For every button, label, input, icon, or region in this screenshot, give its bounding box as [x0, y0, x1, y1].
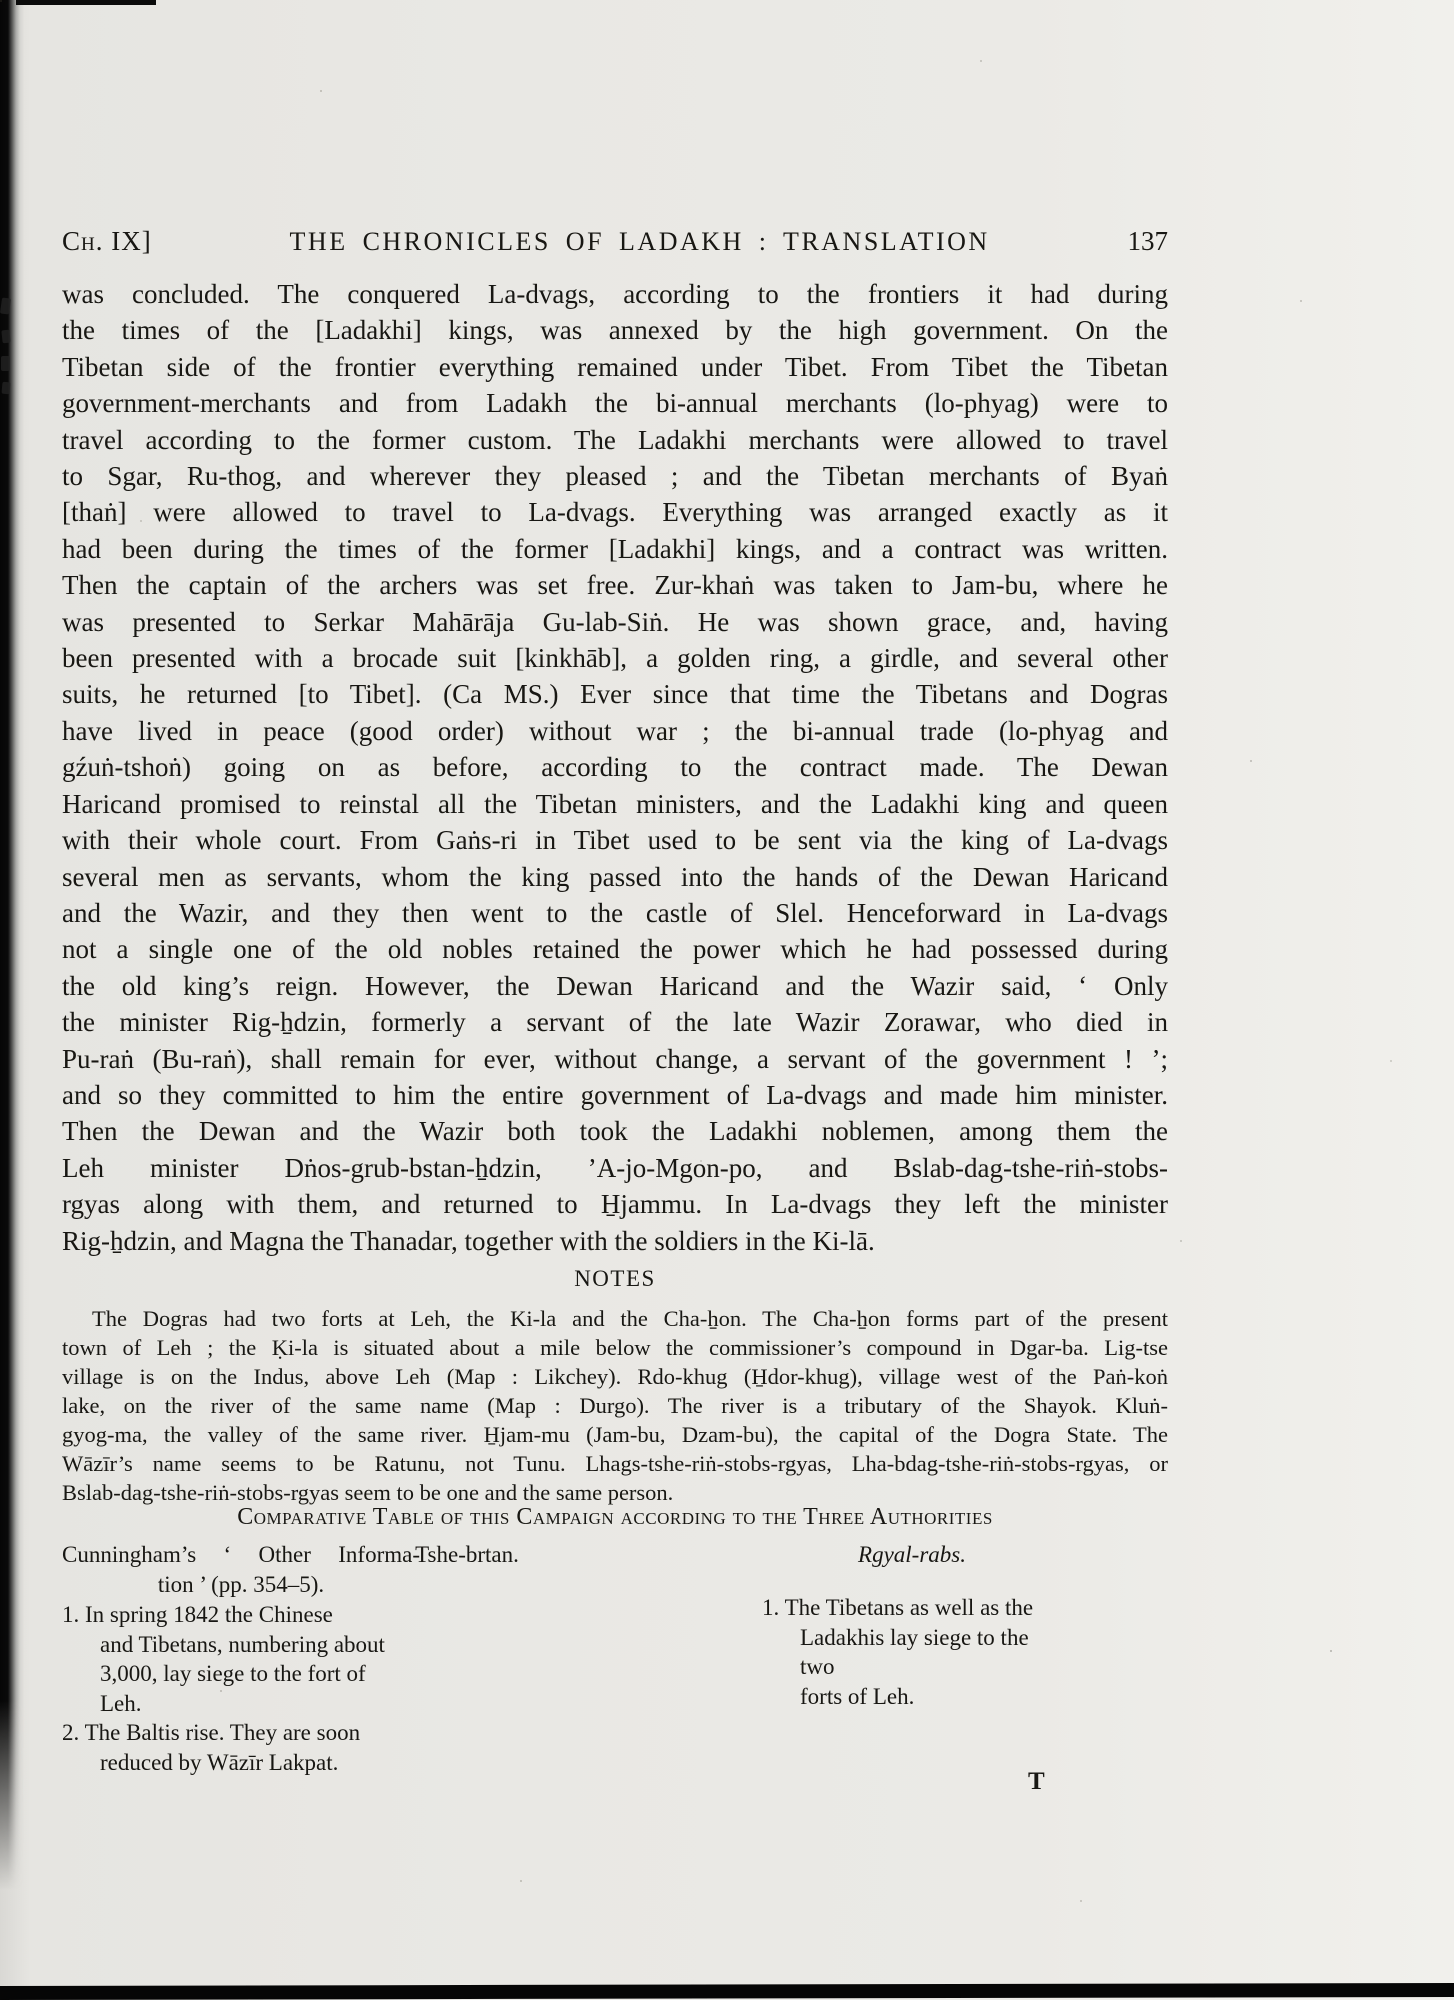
- running-header: Ch. IX] THE CHRONICLES OF LADAKH : TRANS…: [62, 226, 1168, 257]
- notes-heading: NOTES: [62, 1266, 1168, 1292]
- text-line: not a single one of the old nobles retai…: [62, 931, 1168, 967]
- text-line: the old king’s reign. However, the Dewan…: [62, 968, 1168, 1004]
- text-line: was presented to Serkar Mahārāja Gu-lab-…: [62, 604, 1168, 640]
- text-line: to Sgar, Ru-thog, and wherever they plea…: [62, 458, 1168, 494]
- text-line: the times of the [Ladakhi] kings, was an…: [62, 312, 1168, 348]
- list-item: 1. In spring 1842 the Chinese and Tibeta…: [62, 1600, 420, 1718]
- text-line: was concluded. The conquered La-dvags, a…: [62, 276, 1168, 312]
- text-line: had been during the times of the former …: [62, 531, 1168, 567]
- page-bleed-mark: [1, 356, 10, 371]
- text-line: Wāzīr’s name seems to be Ratunu, not Tun…: [62, 1449, 1168, 1478]
- text-line: town of Leh ; the Ḳi-la is situated abou…: [62, 1333, 1168, 1362]
- chapter-label: Ch. IX]: [62, 226, 152, 257]
- column-rgyal-rabs-items: 1. The Tibetans as well as the Ladakhis …: [762, 1593, 1062, 1711]
- list-item: 1. The Tibetans as well as the Ladakhis …: [762, 1593, 1062, 1711]
- text-line: village is on the Indus, above Leh (Map …: [62, 1362, 1168, 1391]
- comparative-table: Cunningham’s ‘ Other Informa-tion ’ (pp.…: [62, 1540, 1168, 1820]
- text-line: Then the captain of the archers was set …: [62, 567, 1168, 603]
- text-line: The Dogras had two forts at Leh, the Ki-…: [62, 1304, 1168, 1333]
- text-line: tion ’ (pp. 354–5).: [62, 1570, 420, 1600]
- notes-paragraph: The Dogras had two forts at Leh, the Ki-…: [62, 1304, 1168, 1507]
- comparative-table-heading: Comparative Table of this Campaign accor…: [62, 1504, 1168, 1531]
- scan-edge-left: [0, 0, 24, 1890]
- column-cunningham-items: 1. In spring 1842 the Chinese and Tibeta…: [62, 1600, 420, 1777]
- text-line: Bslab-dag-tshe-riṅ-stobs-rgyas seem to b…: [62, 1478, 1168, 1507]
- signature-mark: T: [1028, 1768, 1046, 1796]
- text-line: Tibetan side of the frontier everything …: [62, 349, 1168, 385]
- text-line: several men as servants, whom the king p…: [62, 859, 1168, 895]
- text-line: been presented with a brocade suit [kink…: [62, 640, 1168, 676]
- scan-edge-top: [16, 0, 156, 5]
- page-title: THE CHRONICLES OF LADAKH : TRANSLATION: [152, 227, 1128, 257]
- page-bleed-mark: [1, 330, 10, 344]
- page-bleed-mark: [1, 382, 10, 395]
- text-line: with their whole court. From Gaṅs-ri in …: [62, 822, 1168, 858]
- text-line: and so they committed to him the entire …: [62, 1077, 1168, 1113]
- page-number: 137: [1128, 226, 1169, 257]
- text-line: and the Wazir, and they then went to the…: [62, 895, 1168, 931]
- scanned-book-page: Ch. IX] THE CHRONICLES OF LADAKH : TRANS…: [0, 0, 1454, 2000]
- column-tshe-brtan: Tshe-brtan.: [322, 1540, 612, 1570]
- text-line: travel according to the former custom. T…: [62, 422, 1168, 458]
- column-tshe-brtan-header: Tshe-brtan.: [322, 1540, 612, 1570]
- text-line: government-merchants and from Ladakh the…: [62, 385, 1168, 421]
- scan-edge-bottom: [0, 1983, 1454, 2000]
- text-line: Leh minister Dṅos-grub-bstan-ẖdzin, ’A-j…: [62, 1150, 1168, 1186]
- text-line: lake, on the river of the same name (Map…: [62, 1391, 1168, 1420]
- list-item: 2. The Baltis rise. They are soon reduce…: [62, 1718, 420, 1777]
- text-line: gźuṅ-tshoṅ) going on as before, accordin…: [62, 749, 1168, 785]
- column-rgyal-rabs-header: Rgyal-rabs.: [762, 1540, 1062, 1570]
- text-line: Then the Dewan and the Wazir both took t…: [62, 1113, 1168, 1149]
- column-cunningham: Cunningham’s ‘ Other Informa-tion ’ (pp.…: [62, 1540, 420, 1777]
- text-line: suits, he returned [to Tibet]. (Ca MS.) …: [62, 676, 1168, 712]
- text-line: [thaṅ] were allowed to travel to La-dvag…: [62, 494, 1168, 530]
- text-line: gyog-ma, the valley of the same river. H…: [62, 1420, 1168, 1449]
- text-line: Haricand promised to reinstal all the Ti…: [62, 786, 1168, 822]
- main-paragraph: was concluded. The conquered La-dvags, a…: [62, 276, 1168, 1259]
- text-line: Pu-raṅ (Bu-raṅ), shall remain for ever, …: [62, 1041, 1168, 1077]
- column-rgyal-rabs: Rgyal-rabs. 1. The Tibetans as well as t…: [762, 1540, 1062, 1711]
- text-line: the minister Rig-ẖdzin, formerly a serva…: [62, 1004, 1168, 1040]
- text-line: Rig-ẖdzin, and Magna the Thanadar, toget…: [62, 1223, 1168, 1259]
- text-line: have lived in peace (good order) without…: [62, 713, 1168, 749]
- text-line: rgyas along with them, and returned to H…: [62, 1186, 1168, 1222]
